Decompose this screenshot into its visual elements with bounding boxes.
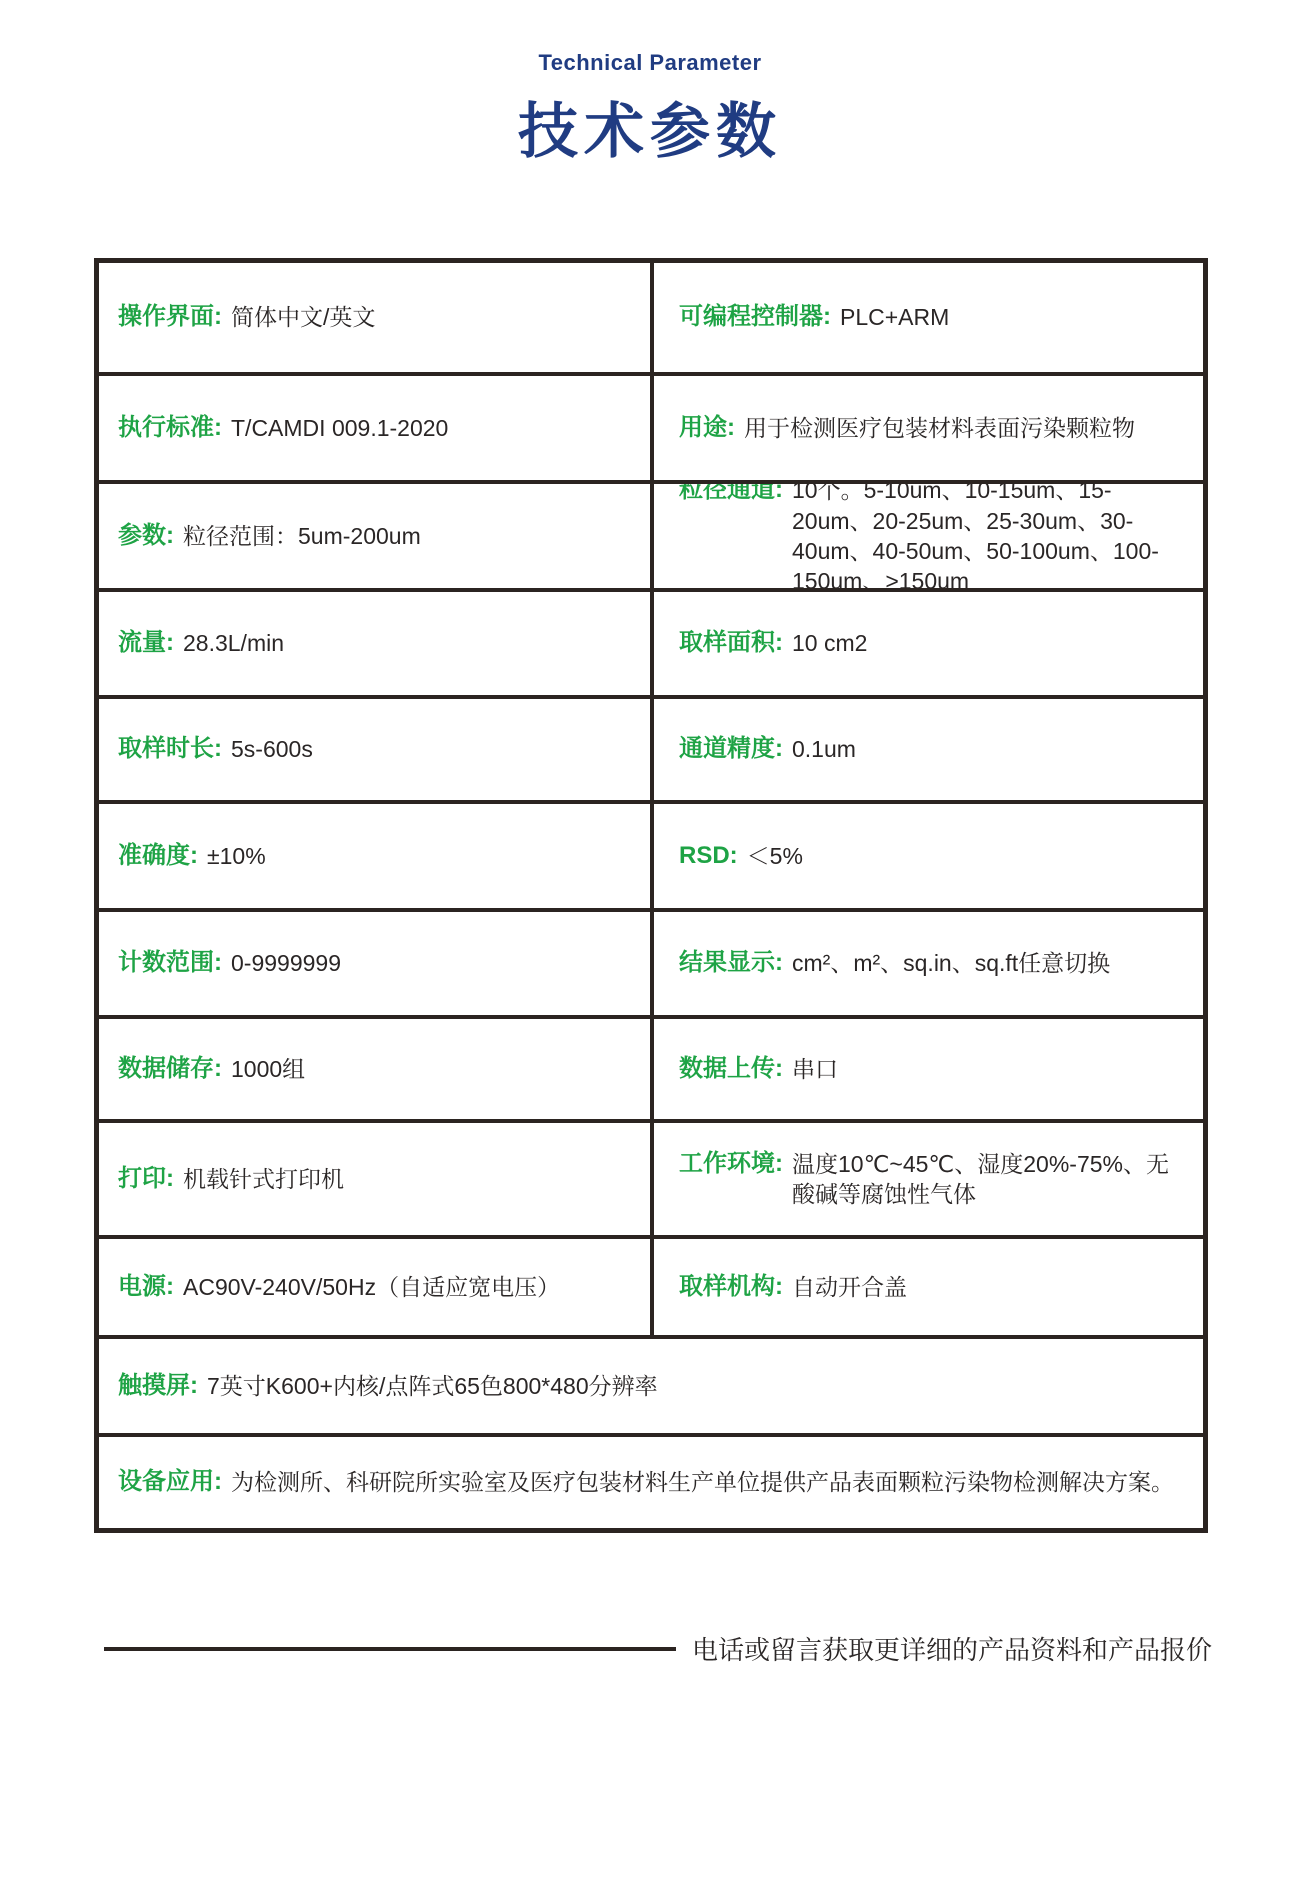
spec-cell-sampling-area: 取样面积: 10 cm2 (654, 592, 1203, 695)
spec-cell-parameter: 参数: 粒径范围：5um-200um (99, 484, 650, 588)
spec-label: 打印: (118, 1164, 174, 1194)
page-title: 技术参数 (0, 84, 1300, 170)
spec-cell-rsd: RSD: ＜5% (654, 804, 1203, 908)
spec-cell-particle-channels: 粒径通道: 10个。5-10um、10-15um、15-20um、20-25um… (654, 484, 1203, 588)
spec-cell-result-display: 结果显示: cm²、m²、sq.in、sq.ft任意切换 (654, 912, 1203, 1015)
spec-label: 准确度: (118, 841, 198, 871)
page-header: Technical Parameter 技术参数 (0, 50, 1300, 170)
spec-value: ＜5% (747, 841, 803, 871)
spec-value: 10 cm2 (792, 628, 867, 658)
spec-cell-standard: 执行标准: T/CAMDI 009.1-2020 (99, 376, 650, 480)
spec-value: ±10% (207, 841, 266, 871)
spec-value: cm²、m²、sq.in、sq.ft任意切换 (792, 948, 1110, 978)
spec-cell-operation-interface: 操作界面: 简体中文/英文 (99, 263, 650, 372)
spec-value: 1000组 (231, 1054, 305, 1084)
spec-label: 粒径通道: (679, 484, 783, 505)
spec-value: 自动开合盖 (792, 1272, 907, 1302)
footer-divider-line (104, 1647, 676, 1651)
spec-label: 通道精度: (679, 734, 783, 764)
spec-label: 执行标准: (118, 413, 222, 443)
spec-cell-device-application: 设备应用: 为检测所、科研院所实验室及医疗包装材料生产单位提供产品表面颗粒污染物… (99, 1437, 1203, 1528)
spec-label: 电源: (118, 1272, 174, 1302)
spec-value: 5s-600s (231, 734, 313, 764)
spec-label: RSD: (679, 841, 738, 871)
spec-cell-sampling-mechanism: 取样机构: 自动开合盖 (654, 1239, 1203, 1335)
spec-value: 28.3L/min (183, 628, 284, 658)
spec-value: 10个。5-10um、10-15um、15-20um、20-25um、25-30… (792, 484, 1191, 588)
spec-label: 数据储存: (118, 1054, 222, 1084)
spec-cell-data-upload: 数据上传: 串口 (654, 1019, 1203, 1119)
spec-label: 结果显示: (679, 948, 783, 978)
subtitle-english: Technical Parameter (0, 50, 1300, 76)
spec-label: 用途: (679, 413, 735, 443)
spec-cell-channel-precision: 通道精度: 0.1um (654, 699, 1203, 800)
spec-value: 0.1um (792, 734, 856, 764)
spec-label: 参数: (118, 521, 174, 551)
spec-label: 计数范围: (118, 948, 222, 978)
footer-note: 电话或留言获取更详细的产品资料和产品报价 (692, 1630, 1212, 1667)
spec-value: 机载针式打印机 (183, 1164, 344, 1194)
spec-value: PLC+ARM (840, 302, 949, 332)
spec-cell-purpose: 用途: 用于检测医疗包装材料表面污染颗粒物 (654, 376, 1203, 480)
spec-cell-power-supply: 电源: AC90V-240V/50Hz（自适应宽电压） (99, 1239, 650, 1335)
spec-cell-flow-rate: 流量: 28.3L/min (99, 592, 650, 695)
spec-value: AC90V-240V/50Hz（自适应宽电压） (183, 1272, 560, 1302)
spec-value: T/CAMDI 009.1-2020 (231, 413, 448, 443)
spec-cell-working-environment: 工作环境: 温度10℃~45℃、湿度20%-75%、无酸碱等腐蚀性气体 (654, 1123, 1203, 1235)
spec-label: 工作环境: (679, 1149, 783, 1179)
spec-table: 操作界面: 简体中文/英文 可编程控制器: PLC+ARM 执行标准: T/CA… (94, 258, 1208, 1533)
spec-label: 取样时长: (118, 734, 222, 764)
spec-label: 流量: (118, 628, 174, 658)
spec-value: 用于检测医疗包装材料表面污染颗粒物 (744, 413, 1135, 443)
spec-value: 0-9999999 (231, 948, 341, 978)
spec-value: 串口 (792, 1054, 838, 1084)
spec-cell-programmable-controller: 可编程控制器: PLC+ARM (654, 263, 1203, 372)
spec-cell-touch-screen: 触摸屏: 7英寸K600+内核/点阵式65色800*480分辨率 (99, 1339, 1203, 1433)
spec-value: 温度10℃~45℃、湿度20%-75%、无酸碱等腐蚀性气体 (792, 1149, 1191, 1210)
spec-label: 设备应用: (118, 1467, 222, 1497)
spec-label: 取样机构: (679, 1272, 783, 1302)
spec-label: 触摸屏: (118, 1371, 198, 1401)
spec-label: 操作界面: (118, 302, 222, 332)
spec-cell-sampling-duration: 取样时长: 5s-600s (99, 699, 650, 800)
spec-label: 可编程控制器: (679, 302, 831, 332)
footer: 电话或留言获取更详细的产品资料和产品报价 (104, 1630, 1234, 1667)
spec-cell-counting-range: 计数范围: 0-9999999 (99, 912, 650, 1015)
spec-value: 粒径范围：5um-200um (183, 521, 421, 551)
spec-value: 7英寸K600+内核/点阵式65色800*480分辨率 (207, 1371, 658, 1401)
spec-cell-data-storage: 数据储存: 1000组 (99, 1019, 650, 1119)
spec-cell-accuracy: 准确度: ±10% (99, 804, 650, 908)
spec-value: 简体中文/英文 (231, 302, 375, 332)
spec-cell-printing: 打印: 机载针式打印机 (99, 1123, 650, 1235)
spec-label: 数据上传: (679, 1054, 783, 1084)
spec-value: 为检测所、科研院所实验室及医疗包装材料生产单位提供产品表面颗粒污染物检测解决方案… (231, 1467, 1174, 1497)
spec-label: 取样面积: (679, 628, 783, 658)
